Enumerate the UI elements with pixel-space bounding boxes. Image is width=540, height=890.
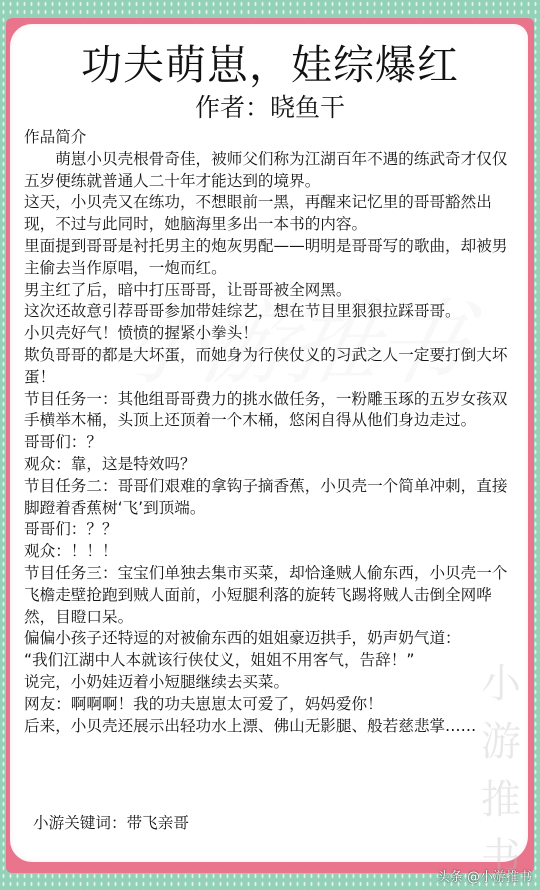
book-title: 功夫萌崽，娃综爆红: [0, 40, 540, 90]
synopsis-paragraph: 小贝壳好气！愤愤的握紧小拳头！: [24, 323, 520, 345]
synopsis-paragraph: 哥哥们：？？: [24, 519, 520, 541]
synopsis-paragraph: 这天，小贝壳又在练功，不想眼前一黑，再醒来记忆里的哥哥豁然出现，不过与此同时，她…: [24, 192, 520, 236]
synopsis-heading: 作品简介: [24, 127, 520, 149]
synopsis-paragraph: 节目任务二：哥哥们艰难的拿钩子摘香蕉，小贝壳一个简单冲刺，直接脚蹬着香蕉树‘飞’…: [24, 476, 520, 520]
keywords: 小游关键词：带飞亲哥: [33, 812, 189, 834]
synopsis: 作品简介 萌崽小贝壳根骨奇佳，被师父们称为江湖百年不遇的练武奇才仅仅五岁便练就普…: [24, 127, 520, 737]
synopsis-paragraph: 哥哥们：？: [24, 432, 520, 454]
synopsis-paragraph: 网友：啊啊啊！我的功夫崽崽太可爱了，妈妈爱你！: [24, 694, 520, 716]
synopsis-paragraph: 这次还故意引荐哥哥参加带娃综艺，想在节目里狠狠拉踩哥哥。: [24, 301, 520, 323]
source-credit: 头条 @小游推书: [437, 870, 532, 886]
synopsis-paragraph: 后来，小贝壳还展示出轻功水上漂、佛山无影腿、般若慈悲掌……: [24, 716, 520, 738]
synopsis-paragraph: 偏偏小孩子还特逗的对被偷东西的姐姐豪迈拱手，奶声奶气道：: [24, 628, 520, 650]
synopsis-paragraph: 里面提到哥哥是衬托男主的炮灰男配——明明是哥哥写的歌曲，却被男主偷去当作原唱，一…: [24, 236, 520, 280]
synopsis-paragraph: 节目任务三：宝宝们单独去集市买菜，却恰逢贼人偷东西，小贝壳一个飞檐走壁抢跑到贼人…: [24, 563, 520, 628]
synopsis-paragraph: 欺负哥哥的都是大坏蛋，而她身为行侠仗义的习武之人一定要打倒大坏蛋！: [24, 345, 520, 389]
synopsis-paragraph: 说完，小奶娃迈着小短腿继续去买菜。: [24, 672, 520, 694]
synopsis-paragraph: 男主红了后，暗中打压哥哥，让哥哥被全网黑。: [24, 280, 520, 302]
book-author: 作者：晓鱼干: [0, 92, 540, 124]
synopsis-paragraph: 节目任务一：其他组哥哥费力的挑水做任务，一粉雕玉琢的五岁女孩双手横举木桶，头顶上…: [24, 389, 520, 433]
synopsis-paragraph: 观众：靠，这是特效吗？: [24, 454, 520, 476]
synopsis-paragraph: 萌崽小贝壳根骨奇佳，被师父们称为江湖百年不遇的练武奇才仅仅五岁便练就普通人二十年…: [24, 149, 520, 193]
synopsis-paragraph: “我们江湖中人本就该行侠仗义，姐姐不用客气，告辞！”: [24, 650, 520, 672]
synopsis-paragraph: 观众：！！！: [24, 541, 520, 563]
